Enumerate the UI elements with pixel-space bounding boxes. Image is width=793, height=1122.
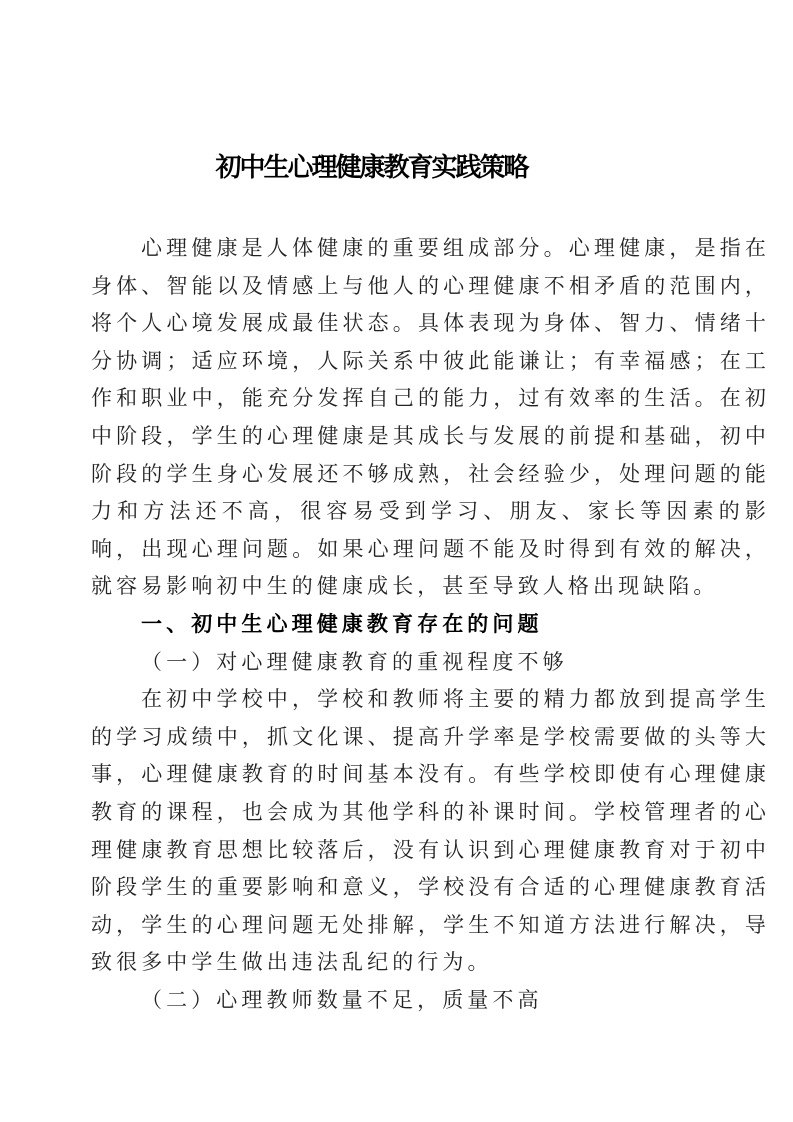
section-1-1-paragraph: 在初中学校中，学校和教师将主要的精力都放到提高学生的学习成绩中，抓文化课、提高升… bbox=[91, 681, 770, 982]
section-1-heading: 一、初中生心理健康教育存在的问题 bbox=[91, 606, 770, 644]
section-1-1-subheading: （一）对心理健康教育的重视程度不够 bbox=[91, 644, 770, 682]
document-body: 心理健康是人体健康的重要组成部分。心理健康，是指在身体、智能以及情感上与他人的心… bbox=[0, 189, 793, 1019]
document-page: 初中生心理健康教育实践策略 心理健康是人体健康的重要组成部分。心理健康，是指在身… bbox=[0, 0, 793, 1122]
document-title: 初中生心理健康教育实践策略 bbox=[215, 147, 527, 189]
section-1-2-subheading: （二）心理教师数量不足，质量不高 bbox=[91, 982, 770, 1020]
intro-paragraph: 心理健康是人体健康的重要组成部分。心理健康，是指在身体、智能以及情感上与他人的心… bbox=[91, 230, 770, 606]
title-block: 初中生心理健康教育实践策略 bbox=[0, 0, 768, 189]
